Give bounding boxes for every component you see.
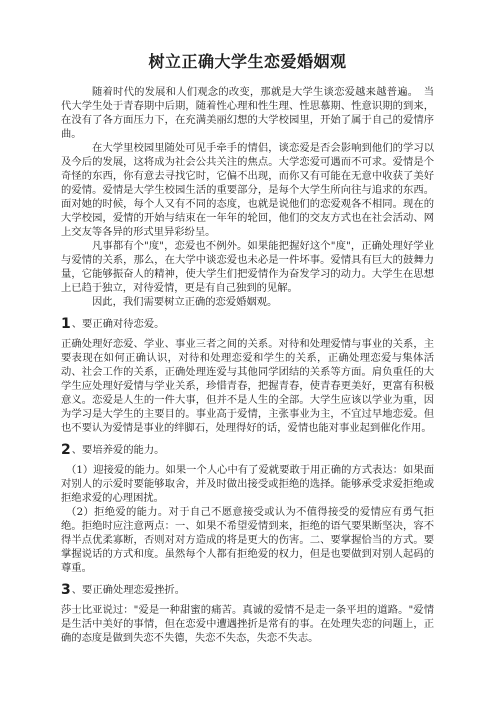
intro-paragraph-4: 因此，我们需要树立正确的恋爱婚姻观。 — [61, 295, 434, 309]
document-title: 树立正确大学生恋爱婚姻观 — [61, 52, 434, 72]
section-1-title: 、要正确对待恋爱。 — [72, 318, 165, 330]
section-2-heading: 2、要培养爱的能力。 — [61, 442, 434, 458]
section-3-paragraph-1: 莎士比亚说过："爱是一种甜蜜的痛苦。真诚的爱情不是走一条平坦的道路。"爱情是生活… — [61, 603, 434, 645]
section-2-paragraph-1: （1）迎接爱的能力。如果一个人心中有了爱就要敢于用正确的方式表达：如果面对别人的… — [61, 463, 434, 505]
section-1-number: 1 — [61, 316, 71, 332]
section-1-heading: 1、要正确对待恋爱。 — [61, 316, 434, 332]
section-2-paragraph-2: （2）拒绝爱的能力。对于自己不愿意接受或认为不值得接受的爱情应有勇气拒绝。拒绝时… — [61, 505, 434, 575]
document-page: 树立正确大学生恋爱婚姻观 随着时代的发展和人们观念的改变，那就是大学生谈恋爱越来… — [0, 0, 500, 707]
section-2-number: 2 — [61, 442, 71, 458]
section-3-title: 、要正确处理恋爱挫折。 — [72, 584, 185, 596]
intro-paragraph-2: 在大学里校园里随处可见手牵手的情侣，谈恋爱是否会影响到他们的学习以及今后的发展，… — [61, 141, 434, 239]
section-1-paragraph-1: 正确处理好恋爱、学业、事业三者之间的关系。对待和处理爱情与事业的关系，主要表现在… — [61, 337, 434, 435]
section-2-title: 、要培养爱的能力。 — [72, 444, 165, 456]
section-3-heading: 3、要正确处理恋爱挫折。 — [61, 582, 434, 598]
section-3-number: 3 — [61, 582, 71, 598]
intro-paragraph-3: 凡事都有个"度"，恋爱也不例外。如果能把握好这个"度"，正确处理好学业与爱情的关… — [61, 239, 434, 295]
intro-paragraph-1: 随着时代的发展和人们观念的改变，那就是大学生谈恋爱越来越普遍。 当代大学生处于青… — [61, 85, 434, 141]
